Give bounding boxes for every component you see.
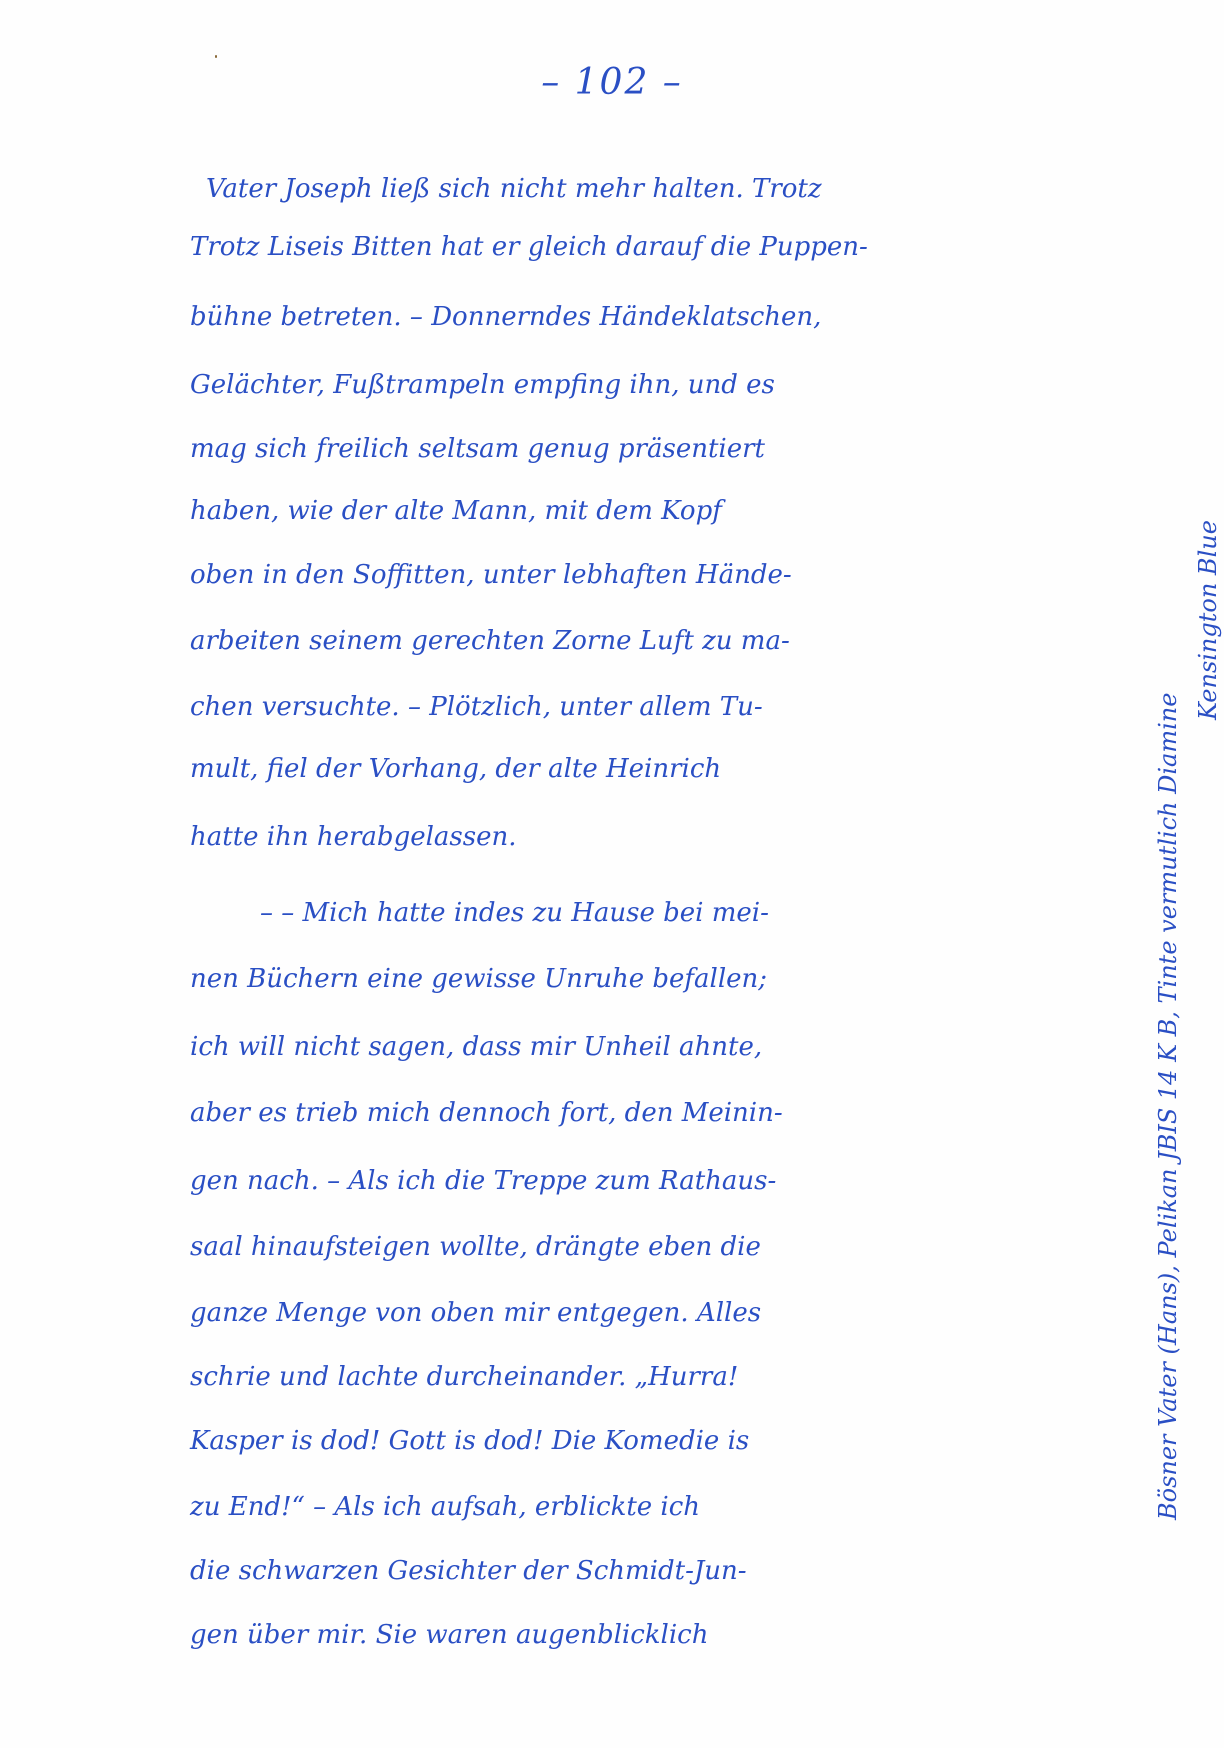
text-line: – – Mich hatte indes zu Hause bei mei- — [260, 896, 769, 930]
text-line: haben, wie der alte Mann, mit dem Kopf — [190, 494, 722, 528]
text-line: gen über mir. Sie waren augenblicklich — [190, 1618, 709, 1652]
text-line: Kasper is dod! Gott is dod! Die Komedie … — [190, 1424, 749, 1458]
text-line: hatte ihn herabgelassen. — [190, 820, 517, 854]
text-line: bühne betreten. – Donnerndes Händeklatsc… — [190, 300, 821, 334]
margin-note-line: Kensington Blue — [1188, 520, 1224, 1520]
margin-note-line: Bösner Vater (Hans), Pelikan JBIS 14 K B… — [1154, 693, 1182, 1520]
paper-speck — [215, 55, 217, 58]
text-line: saal hinaufsteigen wollte, drängte eben … — [190, 1230, 761, 1264]
page-number: – 102 – — [0, 62, 1224, 103]
text-line: ich will nicht sagen, dass mir Unheil ah… — [190, 1030, 762, 1064]
text-line: mult, fiel der Vorhang, der alte Heinric… — [190, 752, 721, 786]
text-line: zu End!“ – Als ich aufsah, erblickte ich — [190, 1490, 700, 1524]
text-line: aber es trieb mich dennoch fort, den Mei… — [190, 1096, 783, 1130]
text-line: oben in den Soffitten, unter lebhaften H… — [190, 558, 792, 592]
text-line: chen versuchte. – Plötzlich, unter allem… — [190, 690, 763, 724]
text-line: gen nach. – Als ich die Treppe zum Ratha… — [190, 1164, 776, 1198]
text-line: Trotz Liseis Bitten hat er gleich darauf… — [190, 230, 868, 264]
text-line: die schwarzen Gesichter der Schmidt-Jun- — [190, 1554, 747, 1588]
text-line: ganze Menge von oben mir entgegen. Alles — [190, 1296, 761, 1330]
text-line: nen Büchern eine gewisse Unruhe befallen… — [190, 962, 767, 996]
manuscript-page: – 102 – Vater Joseph ließ sich nicht meh… — [0, 0, 1224, 1748]
text-line: Vater Joseph ließ sich nicht mehr halten… — [206, 172, 822, 206]
text-line: schrie und lachte durcheinander. „Hurra! — [190, 1360, 738, 1394]
text-line: Gelächter, Fußtrampeln empfing ihn, und … — [190, 368, 775, 402]
text-line: mag sich freilich seltsam genug präsenti… — [190, 432, 765, 466]
text-line: arbeiten seinem gerechten Zorne Luft zu … — [190, 624, 790, 658]
margin-note: Bösner Vater (Hans), Pelikan JBIS 14 K B… — [1148, 520, 1224, 1520]
